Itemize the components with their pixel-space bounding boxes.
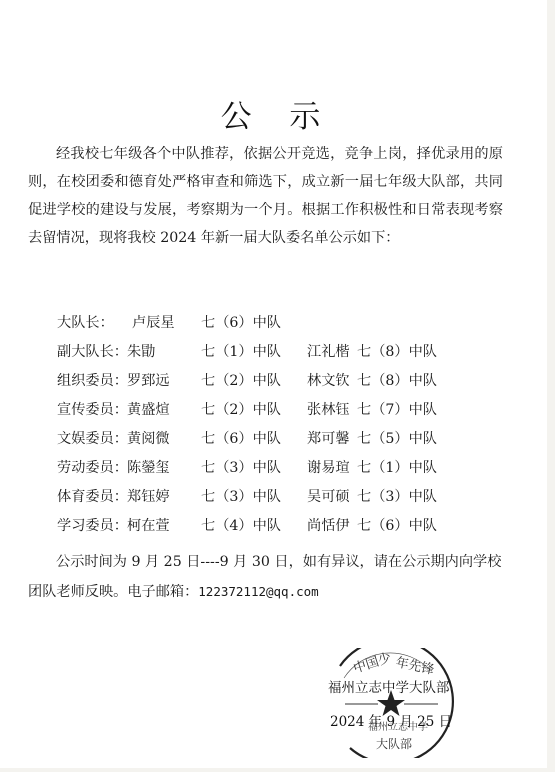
svg-text:大队部: 大队部: [376, 736, 412, 751]
member-name: 黄阅微: [127, 428, 170, 448]
member-name-2: 江礼楷: [307, 341, 350, 361]
member-name: 郑钰婷: [127, 486, 170, 506]
member-class-2: 七（7）中队: [357, 399, 437, 419]
member-class-2: 七（1）中队: [357, 457, 437, 477]
member-name: 罗郅远: [127, 370, 170, 390]
role-label: 学习委员：: [57, 515, 128, 535]
member-name: 陈鎣玺: [127, 457, 170, 477]
member-name: 卢辰星: [132, 312, 175, 332]
member-class-2: 七（8）中队: [357, 370, 437, 390]
member-name: 朱勖: [127, 341, 155, 361]
role-label: 宣传委员：: [57, 399, 128, 419]
member-name: 柯在萱: [127, 515, 170, 535]
intro-paragraph: 经我校七年级各个中队推荐，依据公开竞选，竞争上岗，择优录用的原则，在校团委和德育…: [28, 140, 503, 252]
issuer-name: 福州立志中学大队部: [328, 676, 450, 696]
notice-paragraph: 公示时间为 9 月 25 日----9 月 30 日，如有异议，请在公示期内向学…: [28, 548, 503, 607]
svg-text:年先锋: 年先锋: [394, 654, 435, 678]
role-label: 组织委员：: [57, 370, 128, 390]
member-class: 七（1）中队: [201, 341, 281, 361]
member-class: 七（2）中队: [201, 399, 281, 419]
role-label: 文娱委员：: [57, 428, 128, 448]
document-page: 公 示 经我校七年级各个中队推荐，依据公开竞选，竞争上岗，择优录用的原则，在校团…: [0, 0, 547, 768]
role-label: 体育委员：: [57, 486, 128, 506]
page-title: 公 示: [0, 91, 555, 136]
role-label: 副大队长：: [57, 341, 128, 361]
role-label: 大队长：: [57, 312, 114, 332]
member-class-2: 七（8）中队: [357, 341, 437, 361]
member-class-2: 七（3）中队: [357, 486, 437, 506]
member-name-2: 张林钰: [307, 399, 350, 419]
member-class: 七（3）中队: [201, 486, 281, 506]
member-class: 七（2）中队: [201, 370, 281, 390]
member-name-2: 郑可馨: [307, 428, 350, 448]
member-class: 七（3）中队: [201, 457, 281, 477]
member-class: 七（6）中队: [201, 428, 281, 448]
member-name: 黄盛煊: [127, 399, 170, 419]
issue-date: 2024 年 9 月 25 日: [330, 710, 452, 730]
member-class-2: 七（5）中队: [357, 428, 437, 448]
member-name-2: 吴可硕: [307, 486, 350, 506]
svg-text:中国少: 中国少: [351, 650, 393, 677]
contact-email: 122372112@qq.com: [198, 584, 318, 599]
official-seal-icon: 中国少 年先锋 福州立志中学 大队部: [320, 648, 460, 758]
role-label: 劳动委员：: [57, 457, 128, 477]
member-name-2: 林文钦: [307, 370, 350, 390]
member-class: 七（6）中队: [201, 312, 281, 332]
member-class: 七（4）中队: [201, 515, 281, 535]
member-name-2: 谢易瑄: [307, 457, 350, 477]
member-name-2: 尚恬伊: [307, 515, 350, 535]
member-class-2: 七（6）中队: [357, 515, 437, 535]
signature-block: 中国少 年先锋 福州立志中学 大队部 福州立志中学大队部 2024 年 9 月 …: [310, 648, 470, 758]
